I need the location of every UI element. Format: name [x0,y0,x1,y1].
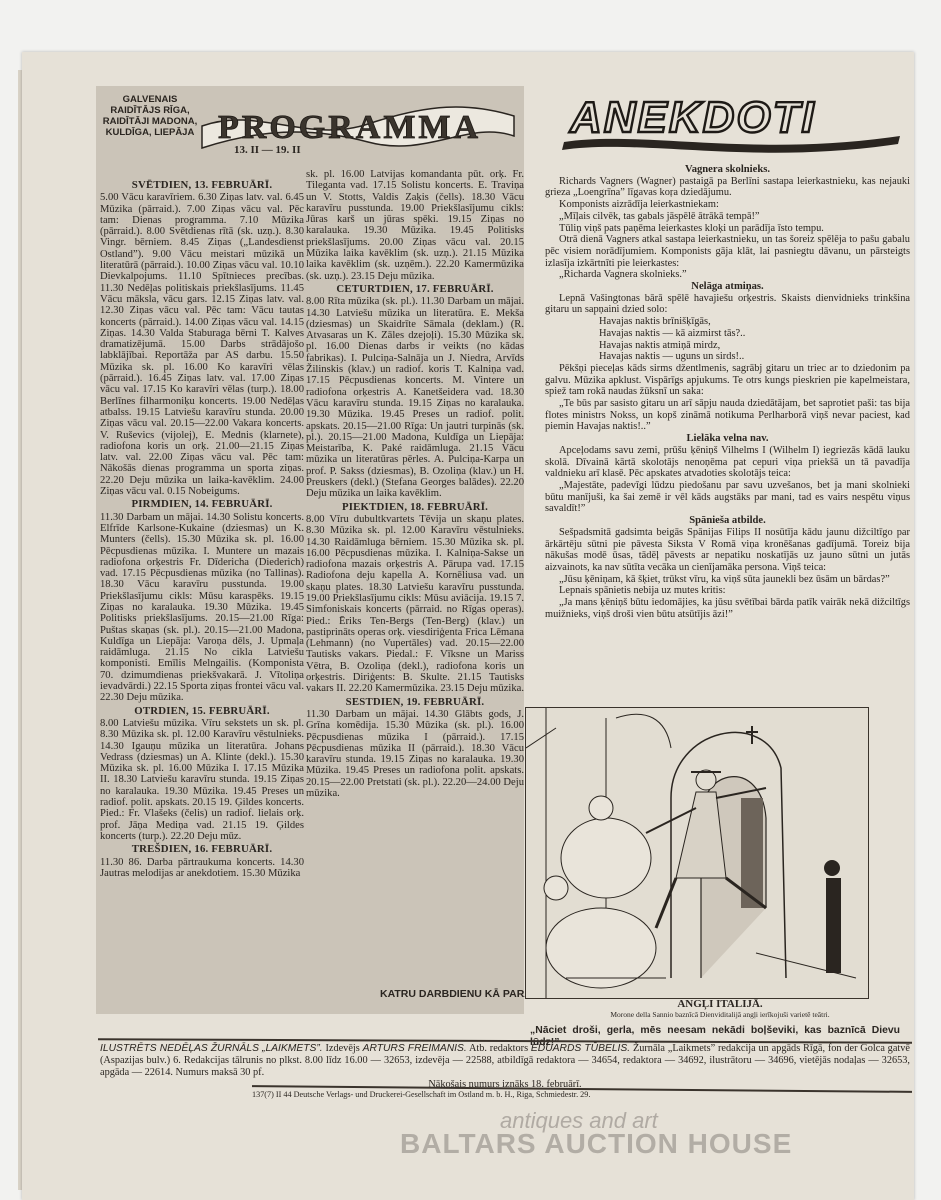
anekdoti-title: ANEKDOTI [569,93,816,142]
day-schedule: 11.30 Darbam un mājai. 14.30 Solistu kon… [100,512,304,704]
story-paragraph: „Ja mans ķēniņš būtu iedomājies, ka jūsu… [545,597,910,620]
verse-line: Havajas naktis — kā aizmirst tās?.. [545,328,910,340]
programma-column-1: SVĒTDIEN, 13. FEBRUĀRĪ. 5.00 Vācu karavī… [100,178,304,879]
day-schedule: 8.00 Latviešu mūzika. Vīru sekstets un s… [100,718,304,842]
programma-stations: GALVENAIS RAIDĪTĀJS RĪGA, RAIDĪTĀJI MADO… [102,94,198,138]
day-schedule: 8.00 Rīta mūzika (sk. pl.). 11.30 Darbam… [306,296,524,499]
verse-line: Havajas naktis brīnišķīgās, [545,316,910,328]
story-paragraph: „Jūsu ķēniņam, kā šķiet, trūkst vīru, ka… [545,574,910,586]
story-paragraph: „Richarda Vagnera skolnieks.” [545,269,910,281]
editor-name: EDUARDS TŪBELIS. [531,1043,630,1054]
day-heading: PIEKTDIEN, 18. FEBRUĀRĪ. [306,502,524,513]
day-schedule-continued: sk. pl. 16.00 Latvijas komandanta pūt. o… [306,169,524,282]
day-schedule: 11.30 Darbam un mājai. 14.30 Glābts gods… [306,709,524,799]
story-heading: Lielāka velna nav. [545,433,910,445]
imprint: ILUSTRĒTS NEDĒĻAS ŽURNĀLS „LAIKMETS”. Iz… [100,1043,910,1091]
editor-label: Atb. redaktors [469,1043,528,1054]
story-paragraph: „Te būs par sasisto gitaru un arī sāpju … [545,398,910,433]
day-heading: TREŠDIEN, 16. FEBRUĀRĪ. [100,844,304,855]
story-heading: Spānieša atbilde. [545,515,910,527]
cartoon-caption: ANGĻI ITALIJĀ. Morone della Sannio baznī… [525,998,915,1019]
story-paragraph: Lepnā Vašingtonas bārā spēlē havajiešu o… [545,293,910,316]
cartoon-title: ANGĻI ITALIJĀ. [525,998,915,1010]
day-heading: OTRDIEN, 15. FEBRUĀRĪ. [100,706,304,717]
anekdoti-column: Vagnera skolnieks. Richards Vagners (Wag… [545,164,910,620]
story-paragraph: Richards Vagners (Wagner) pastaigā pa Be… [545,176,910,199]
day-schedule: 5.00 Vācu karavīriem. 6.30 Ziņas latv. v… [100,192,304,497]
story-paragraph: Otrā dienā Vagners atkal sastapa leierka… [545,234,910,269]
anekdoti-title-icon: ANEKDOTI [552,86,912,158]
story-paragraph: Apceļodams savu zemi, prūšu ķēniņš Vilhe… [545,445,910,480]
story-paragraph: „Mīļais cilvēk, tas gabals jāspēlē ātrāk… [545,211,910,223]
day-schedule: 11.30 86. Darba pārtraukuma koncerts. 14… [100,857,304,880]
story-paragraph: Pēkšņi pieceļas kāds sirms džentlmenis, … [545,363,910,398]
publisher-name: ARTURS FREIMANIS. [363,1043,467,1054]
programma-dates: 13. II — 19. II [234,144,301,156]
story-paragraph: Komponists aizrādīja leierkastniekam: [545,199,910,211]
programma-title: PROGRAMMA [218,109,481,146]
story-heading: Nelāga atmiņas. [545,281,910,293]
programma-header: GALVENAIS RAIDĪTĀJS RĪGA, RAIDĪTĀJI MADO… [96,86,524,178]
story-paragraph: Sešpadsmitā gadsimta beigās Spānijas Fil… [545,527,910,574]
day-heading: PIRMDIEN, 14. FEBRUĀRĪ. [100,499,304,510]
story-heading: Vagnera skolnieks. [545,164,910,176]
church-cartoon-icon [526,708,868,998]
magazine-name: ILUSTRĒTS NEDĒĻAS ŽURNĀLS „LAIKMETS”. [100,1043,323,1054]
day-heading: SVĒTDIEN, 13. FEBRUĀRĪ. [100,180,304,191]
cartoon-subtitle: Morone della Sannio baznīcā Dienviditali… [525,1010,915,1019]
day-schedule: 8.00 Vīru dubultkvartets Tēvija un skaņu… [306,514,524,695]
printer-line: 137(7) II 44 Deutsche Verlags- und Druck… [252,1090,912,1099]
programma-column-2: sk. pl. 16.00 Latvijas komandanta pūt. o… [306,169,524,799]
story-paragraph: Lepnais spānietis nebija uz mutes kritis… [545,585,910,597]
story-paragraph: Tūliņ viņš pats paņēma leierkastes kloķi… [545,223,910,235]
day-heading: CETURTDIEN, 17. FEBRUĀRĪ. [306,284,524,295]
watermark-brand: BALTARS AUCTION HOUSE [400,1128,792,1160]
day-heading: SESTDIEN, 19. FEBRUĀRĪ. [306,697,524,708]
publisher-label: Izdevējs [325,1043,359,1054]
story-paragraph: „Majestāte, padevīgi lūdzu piedošanu par… [545,480,910,515]
verse-line: Havajas naktis atmiņā mirdz, [545,340,910,352]
verse-line: Havajas naktis — uguns un sirds!.. [545,351,910,363]
cartoon-illustration [525,707,869,999]
